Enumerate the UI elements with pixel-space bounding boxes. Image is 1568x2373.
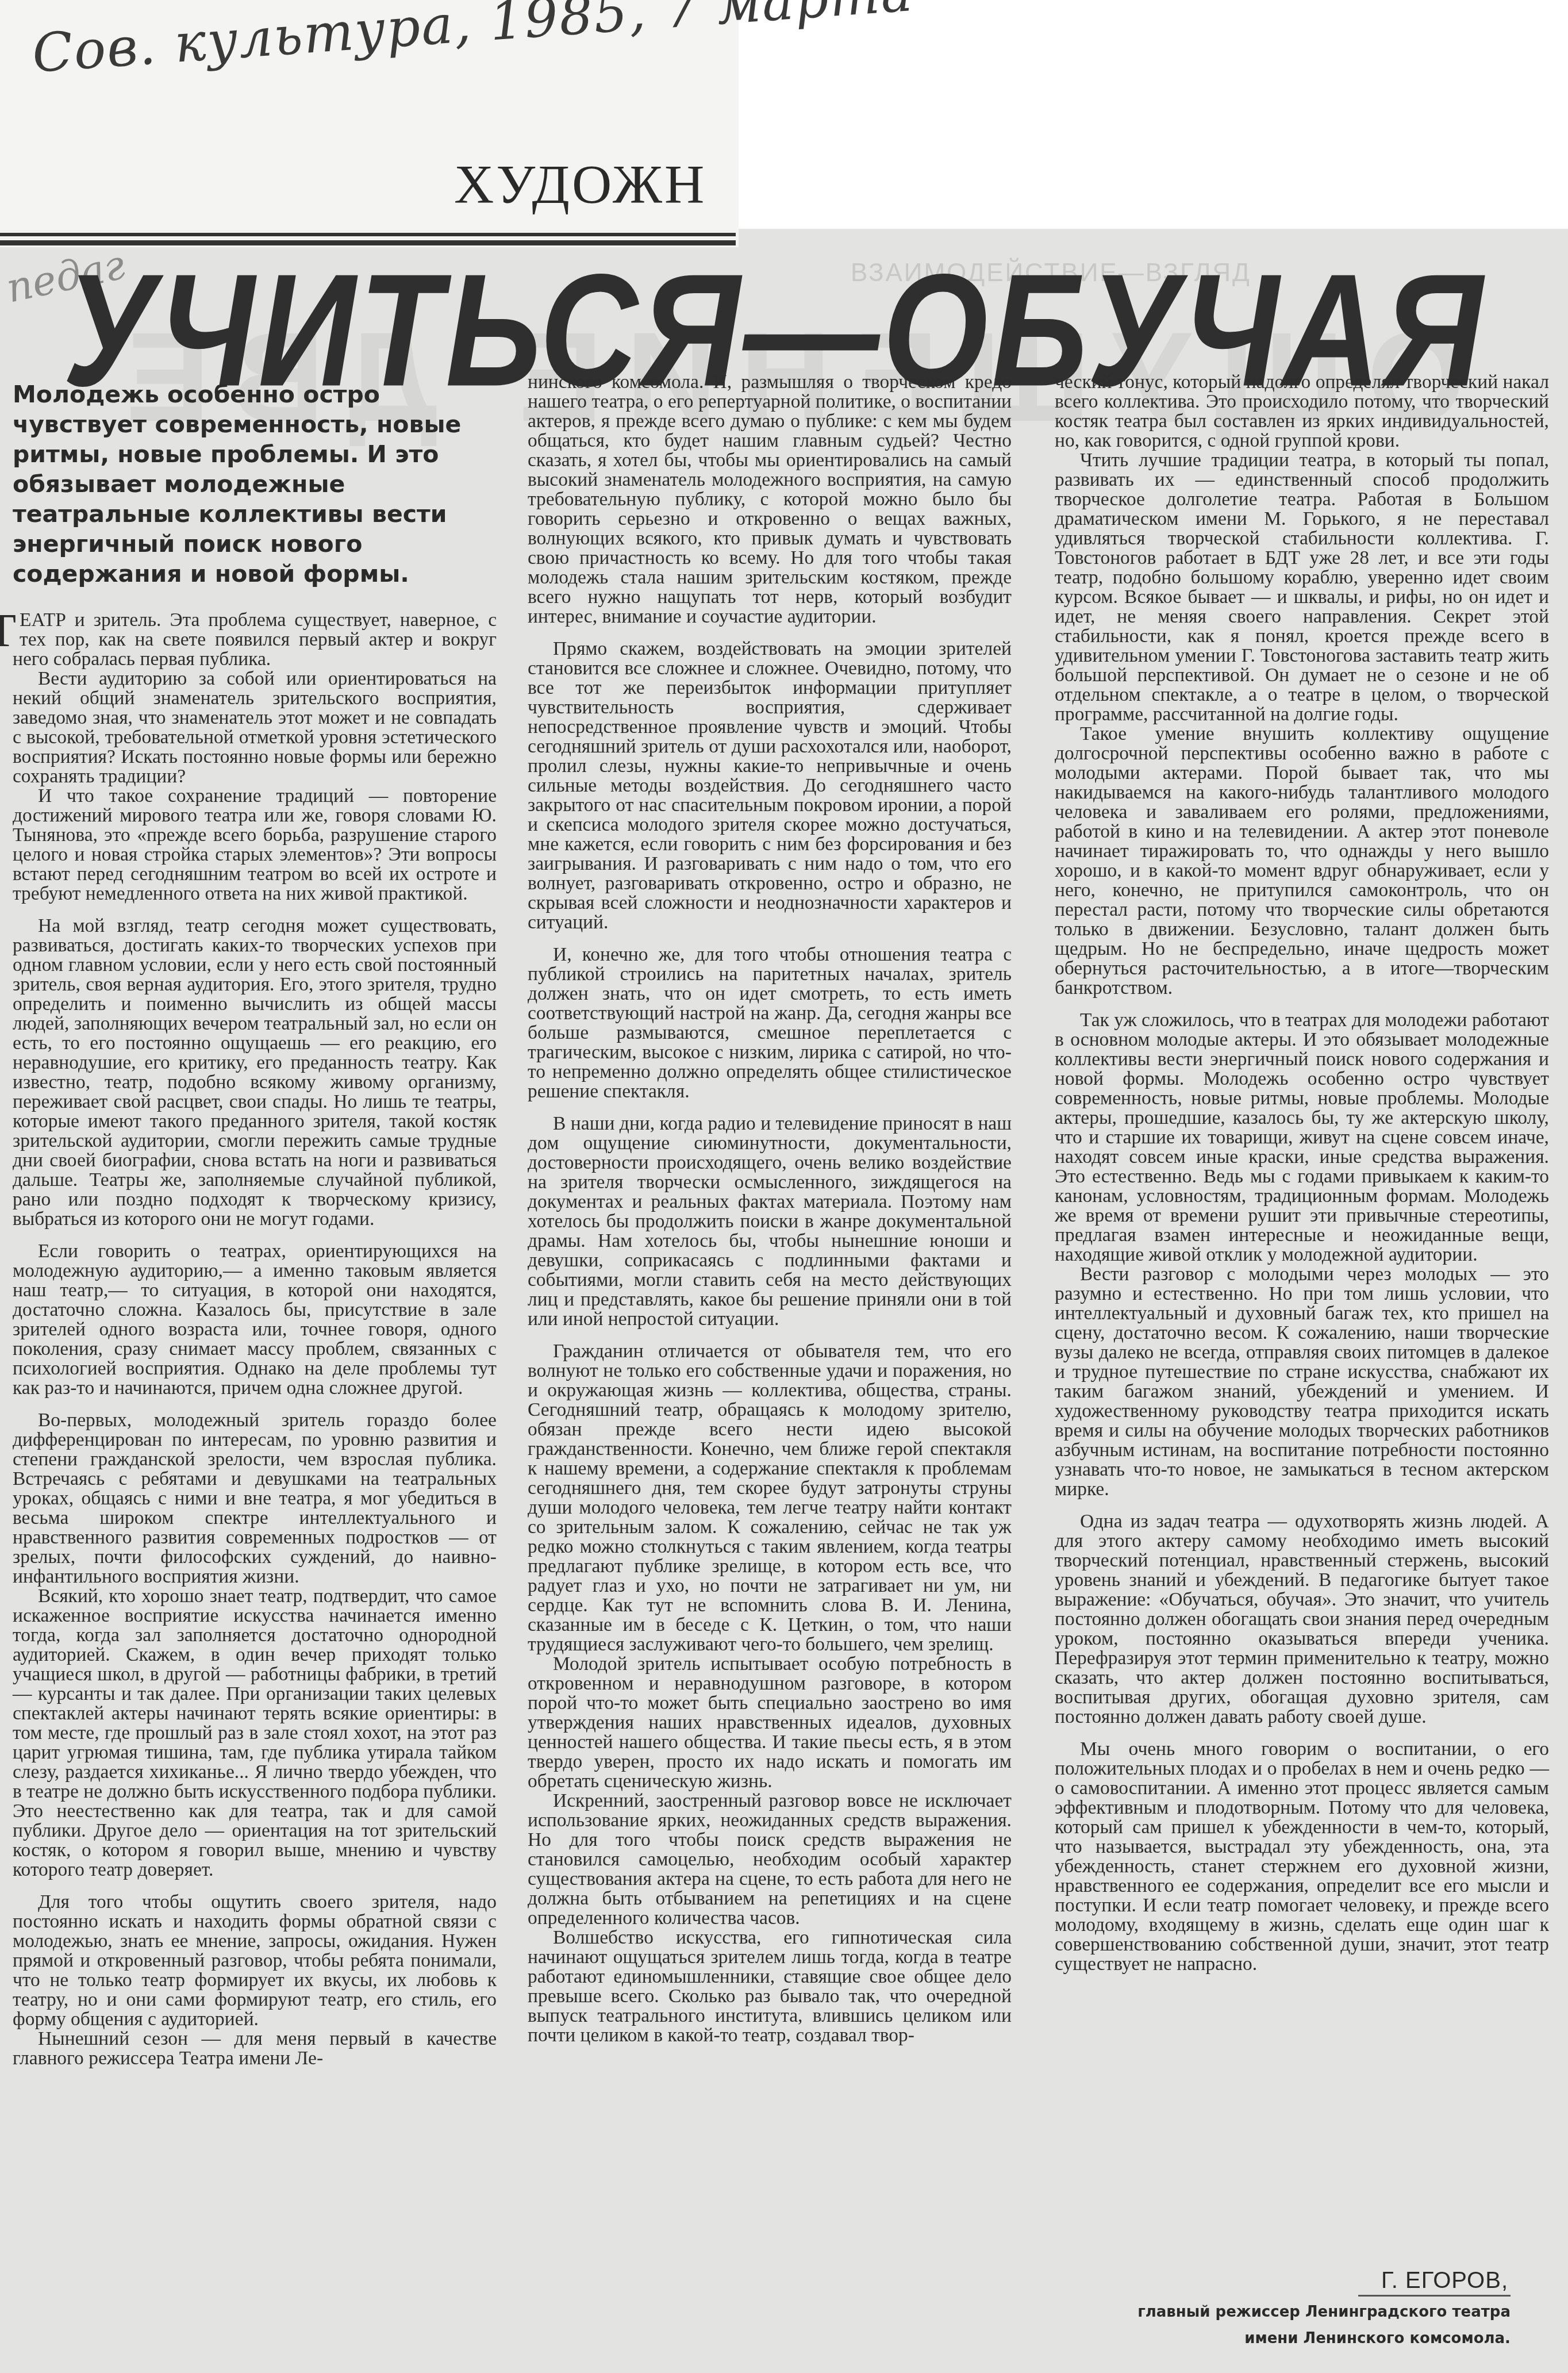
- paragraph: Нынешний сезон — для меня первый в качес…: [13, 2029, 497, 2068]
- article-column-1: ТЕАТР и зритель. Эта проблема существует…: [13, 610, 497, 2068]
- paragraph: Одна из задач театра — одухотворять жизн…: [1055, 1512, 1549, 1727]
- paragraph: Если говорить о театрах, ориентирующихся…: [13, 1242, 497, 1398]
- section-rubric: ХУДОЖН: [454, 152, 736, 216]
- paragraph: На мой взгляд, театр сегодня может сущес…: [13, 916, 497, 1229]
- paragraph: ческий тонус, который надолго определял …: [1055, 373, 1549, 451]
- paragraph: И что такое сохранение традиций — повтор…: [13, 786, 497, 904]
- paragraph: Гражданин отличается от обывателя тем, ч…: [528, 1342, 1012, 1654]
- paragraph: Прямо скажем, воздействовать на эмоции з…: [528, 639, 1012, 932]
- article-column-2: нинского комсомола. И, размышляя о творч…: [528, 373, 1012, 2045]
- author-role-line-2: имени Ленинского комсомола.: [1137, 2328, 1511, 2349]
- paragraph: Во-первых, молодежный зритель гораздо бо…: [13, 1411, 497, 1587]
- clipping-header-strip: Сов. культура, 1985, 7 марта ХУДОЖН: [0, 0, 739, 253]
- paragraph: ЕАТР и зритель. Эта проблема существует,…: [13, 609, 497, 670]
- paragraph: Такое умение внушить коллективу ощущение…: [1055, 724, 1549, 998]
- paragraph: Для того чтобы ощутить своего зрителя, н…: [13, 1892, 497, 2029]
- paragraph: Молодой зритель испытывает особую потреб…: [528, 1654, 1012, 1791]
- handwritten-source-note: Сов. культура, 1985, 7 марта: [30, 0, 916, 85]
- paragraph: Так уж сложилось, что в театрах для моло…: [1055, 1011, 1549, 1265]
- paragraph: Искренний, заостренный разговор вовсе не…: [528, 1791, 1012, 1928]
- paragraph: В наши дни, когда радио и телевидение пр…: [528, 1114, 1012, 1329]
- article-lead: Молодежь особенно остро чувствует соврем…: [13, 379, 490, 589]
- author-name: Г. ЕГОРОВ,: [1358, 2268, 1511, 2297]
- paragraph: Всякий, кто хорошо знает театр, подтверд…: [13, 1587, 497, 1880]
- drop-cap: Т: [0, 613, 16, 648]
- paragraph: Вести аудиторию за собой или ориентирова…: [13, 669, 497, 786]
- paragraph: Вести разговор с молодыми через молодых …: [1055, 1265, 1549, 1499]
- paragraph: Чтить лучшие традиции театра, в который …: [1055, 451, 1549, 724]
- author-signature: Г. ЕГОРОВ, главный режиссер Ленинградско…: [1137, 2268, 1511, 2349]
- article-column-3: ческий тонус, который надолго определял …: [1055, 373, 1549, 1974]
- paragraph: Волшебство искусства, его гипнотическая …: [528, 1928, 1012, 2045]
- paragraph: нинского комсомола. И, размышляя о творч…: [528, 373, 1012, 627]
- author-role-line-1: главный режиссер Ленинградского театра: [1137, 2301, 1511, 2323]
- paragraph: Мы очень много говорим о воспитании, о е…: [1055, 1740, 1549, 1974]
- paragraph: И, конечно же, для того чтобы отношения …: [528, 945, 1012, 1101]
